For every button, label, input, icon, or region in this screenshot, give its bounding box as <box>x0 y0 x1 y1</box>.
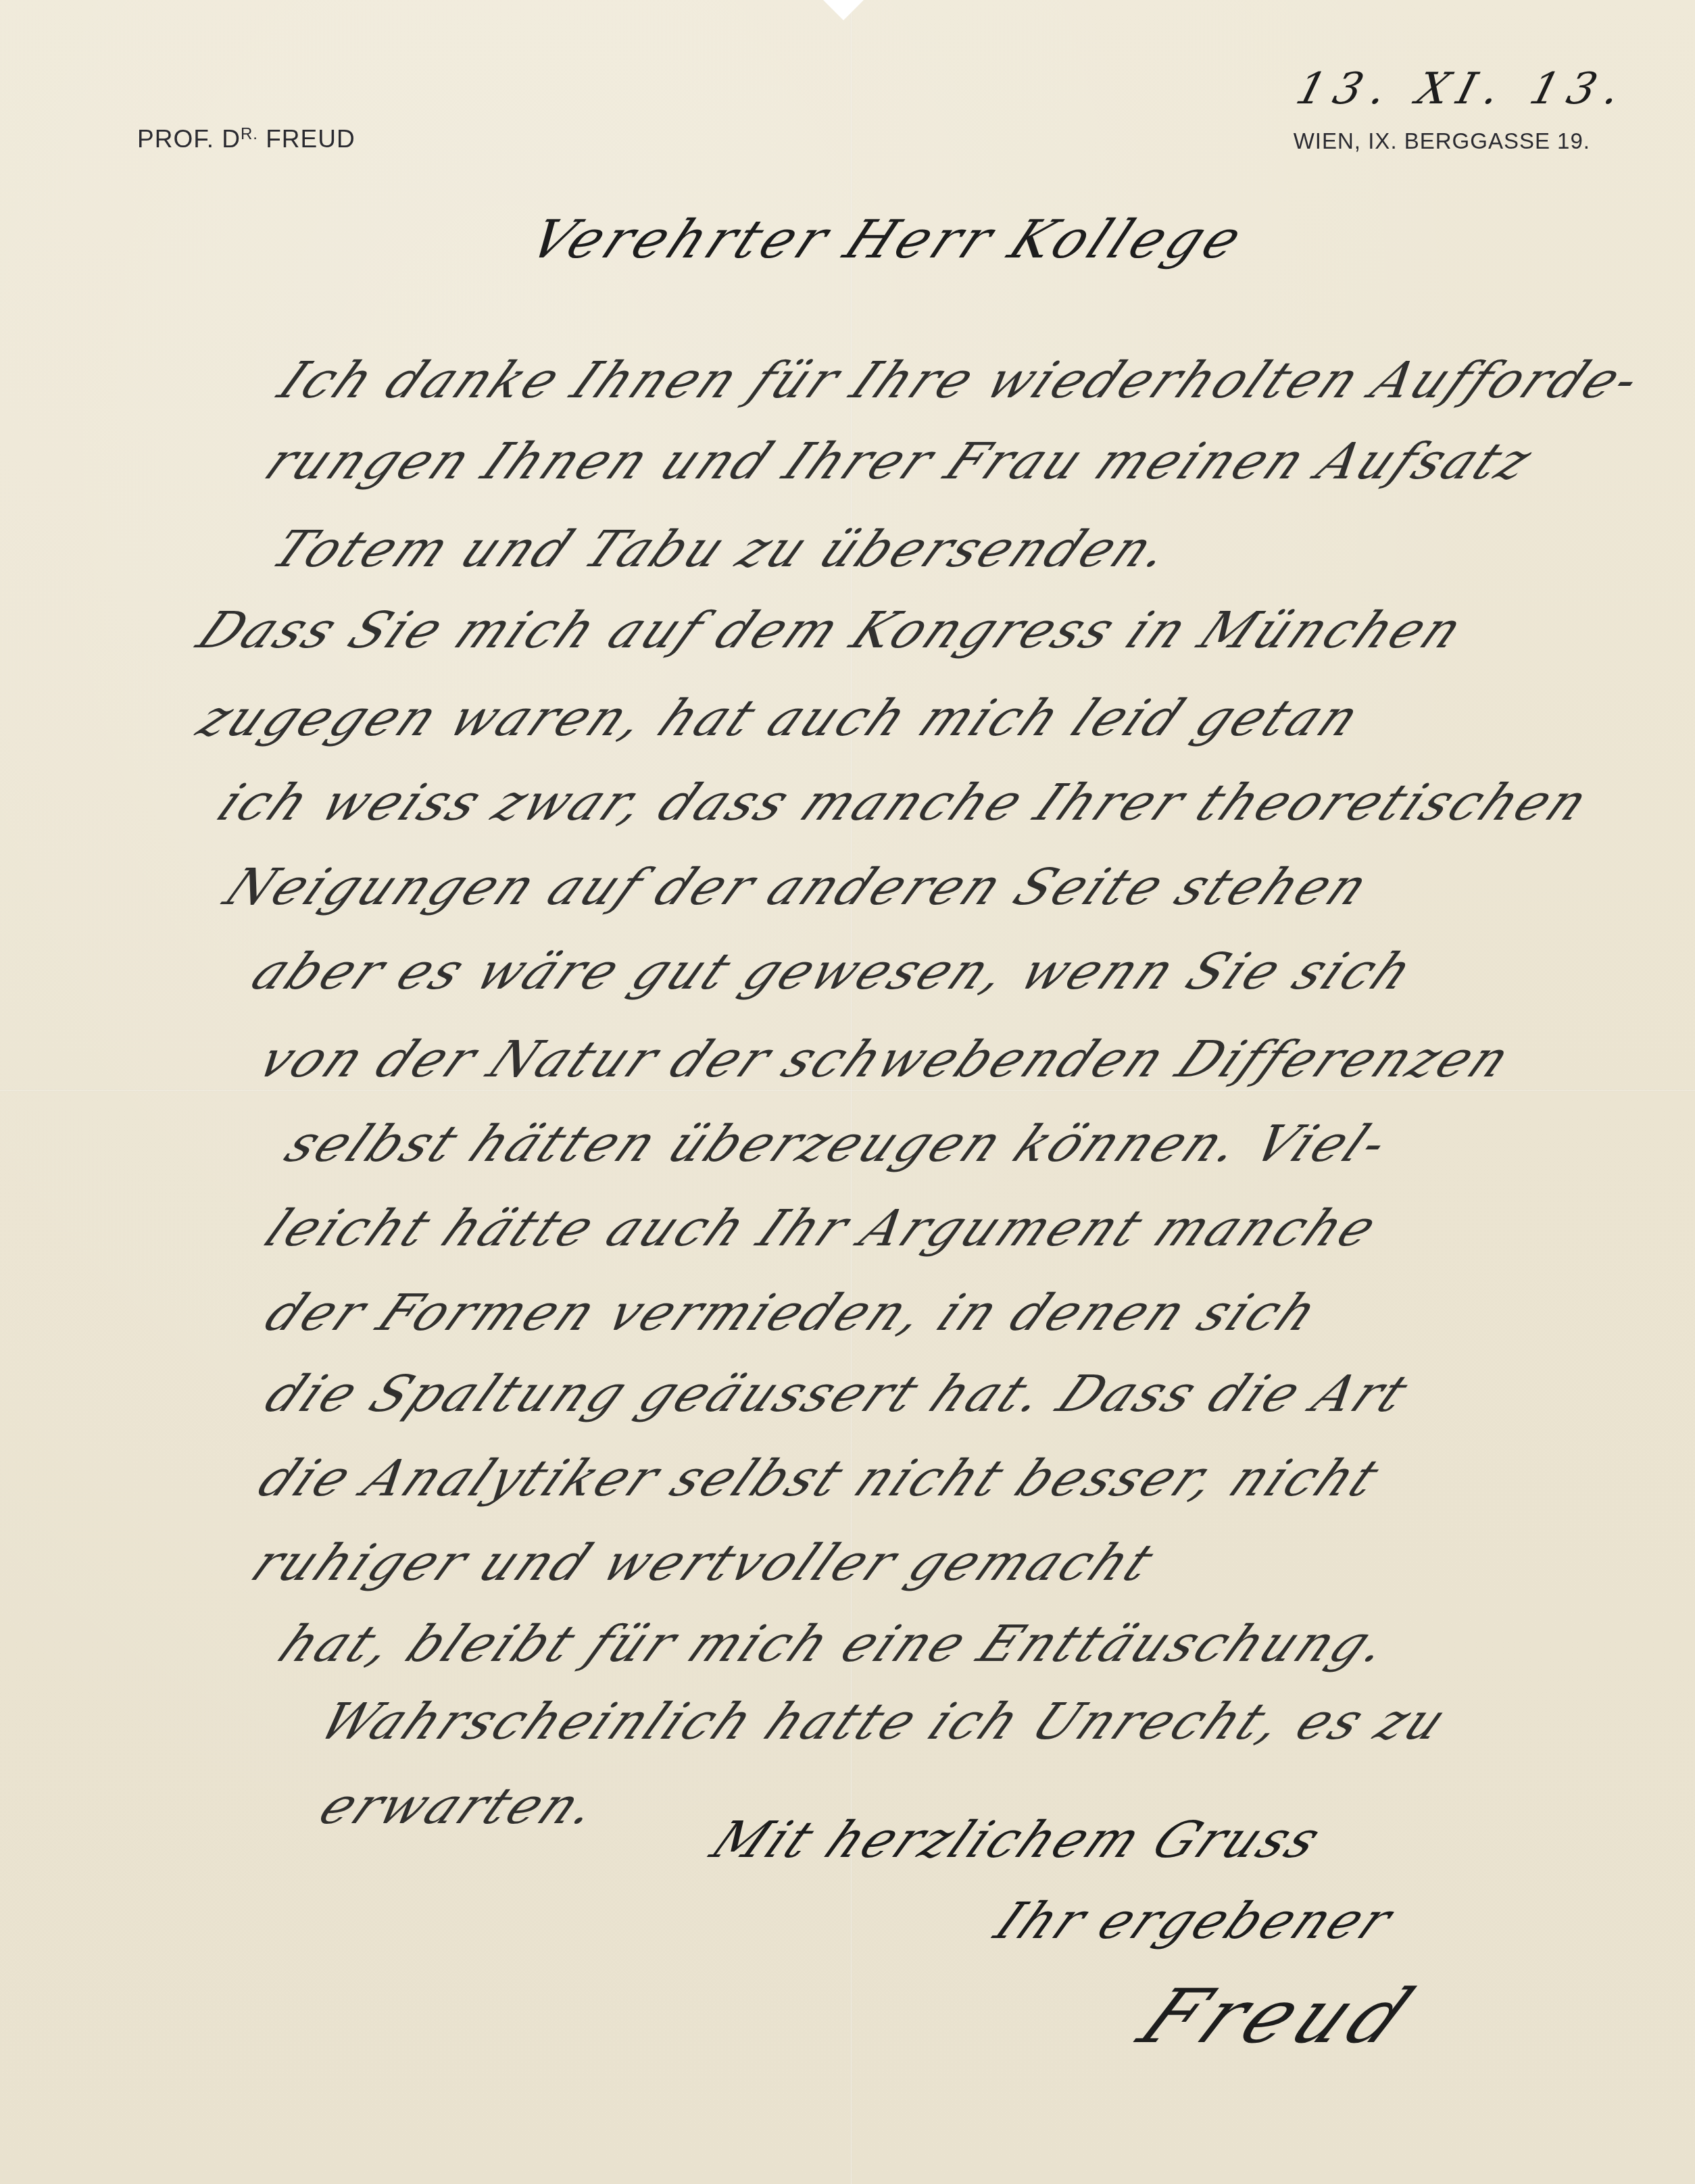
body-line: leicht hätte auch Ihr Argument manche <box>255 1199 1390 1258</box>
sender-title-superscript: R. <box>241 125 258 143</box>
salutation: Verehrter Herr Kollege <box>520 209 1256 270</box>
body-line: rungen Ihnen und Ihrer Frau meinen Aufsa… <box>255 432 1545 491</box>
body-line: der Formen vermieden, in denen sich <box>255 1284 1331 1342</box>
body-line: von der Natur der schwebenden Differenze… <box>248 1031 1523 1089</box>
sender-name: FREUD <box>258 125 355 153</box>
letterhead-sender: PROF. DR. FREUD <box>137 125 355 153</box>
signature: Freud <box>1124 1973 1434 2060</box>
body-line: Dass Sie mich auf dem Kongress in Münche… <box>187 601 1475 660</box>
body-line: Ich danke Ihnen für Ihre wiederholten Au… <box>268 351 1654 409</box>
body-line: erwarten. <box>309 1777 612 1835</box>
body-line: Totem und Tabu zu übersenden. <box>262 520 1185 578</box>
closing-line: Mit herzlichem Gruss <box>701 1811 1333 1869</box>
closing-line: Ihr ergebener <box>985 1892 1405 1950</box>
letter-date: 13. XI. 13. <box>1291 64 1635 114</box>
body-line: aber es wäre gut gewesen, wenn Sie sich <box>241 943 1426 1001</box>
body-line: die Spaltung geäussert hat. Dass die Art <box>255 1365 1421 1423</box>
body-line: zugegen waren, hat auch mich leid getan <box>187 689 1373 747</box>
body-line: ich weiss zwar, dass manche Ihrer theore… <box>207 774 1601 832</box>
body-line: ruhiger und wertvoller gemacht <box>241 1534 1166 1592</box>
top-edge-tear <box>823 0 864 20</box>
body-line: die Analytiker selbst nicht besser, nich… <box>248 1449 1392 1508</box>
body-line: Wahrscheinlich hatte ich Unrecht, es zu <box>309 1693 1460 1751</box>
letterhead-address: WIEN, IX. BERGGASSE 19. <box>1294 128 1590 154</box>
body-line: selbst hätten überzeugen können. Viel- <box>275 1115 1401 1173</box>
body-line: Neigungen auf der anderen Seite stehen <box>214 858 1381 916</box>
horizontal-fold-crease <box>0 1089 1695 1091</box>
sender-prefix: PROF. D <box>137 125 241 153</box>
body-line: hat, bleibt für mich eine Enttäuschung. <box>268 1615 1402 1673</box>
